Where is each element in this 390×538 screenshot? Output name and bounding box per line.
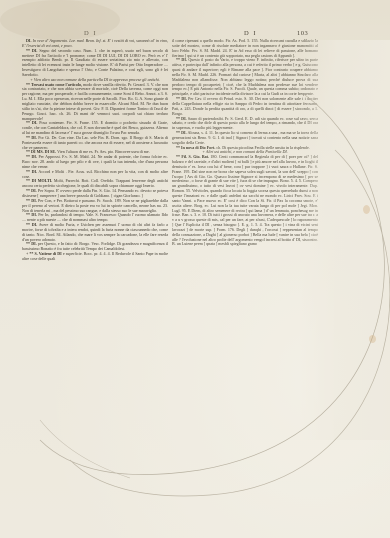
right-column: il come ripenant a quello modo. Fir. As.… — [172, 39, 318, 247]
left-column: DI. In vece d' Argomento. Lor. med. Beon… — [22, 39, 168, 262]
dictionary-entry: + ** S. Vatiene di DI e superficie. Bocc… — [22, 252, 168, 262]
paper-stain — [0, 0, 120, 40]
dictionary-entry: ** Fil. S. Gio. Bat. 180. Centi commanca… — [172, 155, 318, 247]
dictionary-entry: ** DI. Questo il posto da Vario, e tropp… — [172, 58, 318, 97]
dictionary-entry: ** DI. Posa contemer. Fiv. S. Frane. 155… — [22, 121, 168, 136]
dictionary-entry: ** Trovasi usato come l'articolo, modo d… — [22, 83, 168, 122]
page-number: 103 — [297, 30, 308, 37]
paper-stain — [363, 205, 370, 214]
header-right-word: D I — [244, 30, 257, 37]
document-page: D I D I 103 DI. In vece d' Argomento. Lo… — [0, 0, 390, 538]
dictionary-entry: ** DI. Por Gi. De. Con vine. Da Lac. sel… — [22, 136, 168, 151]
dictionary-entry: ** DI. Per Con, e Per. Bottavai e passan… — [22, 199, 168, 214]
dictionary-entry: ** DI. Per Approsst. F.v. S. M. Mabl. 24… — [22, 155, 168, 170]
dictionary-entry: il come ripenant a quello modo. Fir. As.… — [172, 39, 318, 58]
dictionary-entry: ** DI. Segno del secondo caso. Num. 1. c… — [22, 49, 168, 78]
dictionary-entry: ** DI. Avere di molto Furia, e Usichen p… — [22, 223, 168, 242]
dictionary-entry: ** DI. Sauro di partendosibi. Fr. S. Ger… — [172, 117, 318, 132]
dictionary-entry: ** DI. Per Cav. il ovvero di Petud. esto… — [172, 97, 318, 116]
dictionary-entry: ** DI. Alcuna, s. 4. 11. In questo lio s… — [172, 131, 318, 146]
paper-stain — [369, 335, 376, 343]
